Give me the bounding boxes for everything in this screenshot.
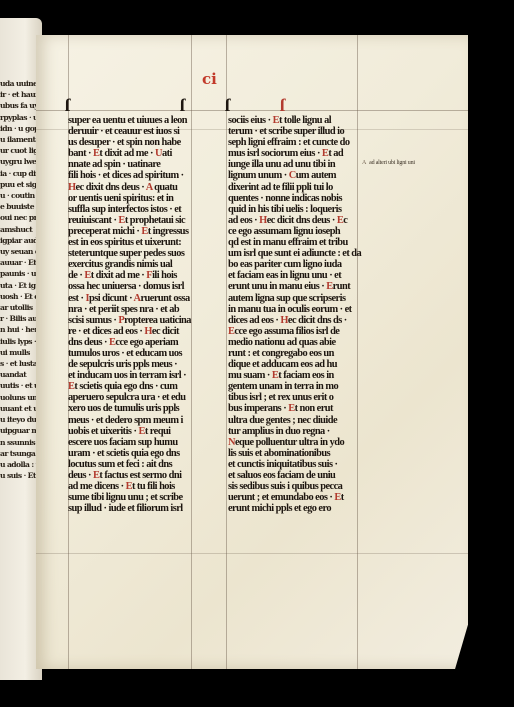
text-line: uram · et scietis quia ego dns (68, 448, 208, 459)
facing-text-line: s · et lusta (0, 358, 40, 369)
running-headline: ci (202, 70, 217, 88)
ascender-flourish: ſ (180, 95, 185, 116)
text-line: in manu tua in oculis eorum · et (228, 304, 364, 315)
ruling-line-top (36, 110, 468, 111)
text-line: deus · Et factus est sermo dni (68, 470, 208, 481)
text-line: bo eas pariter cum ligno iuda (228, 259, 364, 270)
text-line: tumulos uros · et educam uos (68, 348, 208, 359)
text-line: lignum unum · Cum autem (228, 170, 364, 181)
text-line: re · et dices ad eos · Hec dicit (68, 326, 208, 337)
facing-text-line: amshuct (0, 224, 40, 235)
text-line: bus imperans · Et non erut (228, 403, 364, 414)
text-line: uobis et uixeritis · Et requi (68, 426, 208, 437)
text-line: medio nationu ad quas abie (228, 337, 364, 348)
text-line: nra · et periit spes nra · et ab (68, 304, 208, 315)
text-line: qd est in manu effraim et tribu (228, 237, 364, 248)
text-line: deruuir · et ceauur est iuos si (68, 126, 208, 137)
facing-text-line: uutis · et u (0, 380, 40, 391)
facing-page-curl: uda uuinerir · et haunsubus fa uyrpyplas… (0, 18, 42, 680)
facing-text-line: auuar · Et (0, 257, 40, 268)
text-line: lis suis et abominationibus (228, 448, 364, 459)
facing-text-line: e buuiste (0, 201, 40, 212)
text-line: est in eos spiritus et uixerunt: (68, 237, 208, 248)
facing-text-line: iulis lyps · Et (0, 336, 40, 347)
facing-text-line: u iteyo dus (0, 414, 40, 425)
ascender-flourish: ſ (225, 95, 230, 116)
text-line: de · Et dixit ad me · Fili hois (68, 270, 208, 281)
facing-text-line: uygru lwes (0, 156, 40, 167)
text-line: Hec dixit dns deus · A quatu (68, 182, 208, 193)
text-line: seph ligni effraim : et cuncte do (228, 137, 364, 148)
facing-text-line: rpyplas · ur (0, 112, 40, 123)
facing-text-line: u · coutin (0, 190, 40, 201)
facing-text-line: n ssunnis (0, 437, 40, 448)
facing-text-line: n hui · her (0, 324, 40, 335)
facing-text-line: ar utollis (0, 302, 40, 313)
text-line: runt : et congregabo eos un (228, 348, 364, 359)
text-line: mu suam · Et faciam eos in (228, 370, 364, 381)
text-line: de sepulcris uris ppls meus · (68, 359, 208, 370)
facing-text-line: uy seuan cu (0, 246, 40, 257)
facing-text-line: uandat (0, 369, 40, 380)
text-line: ad eos · Hec dicit dns deus · Ec (228, 215, 364, 226)
facing-text-line: u adolla : u (0, 459, 40, 470)
facing-text-line: u ilamenta (0, 134, 40, 145)
text-line: et faciam eas in lignu unu · et (228, 270, 364, 281)
text-line: et saluos eos faciam de uniu (228, 470, 364, 481)
text-line: steteruntque super pedes suos (68, 248, 208, 259)
text-line: iunge illa unu ad unu tibi in (228, 159, 364, 170)
facing-text-line: ia · cup dix (0, 168, 40, 179)
text-line: scisi sumus · Propterea uaticina (68, 315, 208, 326)
facing-text-line: r · Bilis aud (0, 313, 40, 324)
text-line: locutus sum et feci : ait dns (68, 459, 208, 470)
text-line: erunt unu in manu eius · Erunt (228, 281, 364, 292)
text-line: super ea uentu et uiuues a leon (68, 115, 208, 126)
text-line: quid in his tibi uelis : loqueris (228, 204, 364, 215)
ascender-flourish: ſ (65, 95, 70, 116)
text-line: tur amplius in duo regna · (228, 426, 364, 437)
text-line: tibus isrl ; et rex unus erit o (228, 392, 364, 403)
text-line: quentes · nonne indicas nobis (228, 193, 364, 204)
text-line: dique et adducam eos ad hu (228, 359, 364, 370)
text-line: dixerint ad te filii ppli tui lo (228, 182, 364, 193)
text-line: dices ad eos · Hec dicit dns ds · (228, 315, 364, 326)
facing-text-line: uipguar mi (0, 425, 40, 436)
text-line: ultra due gentes ; nec diuide (228, 415, 364, 426)
text-line: us desuper · et spin non habe (68, 137, 208, 148)
facing-text-line: idn · u gopa (0, 123, 40, 134)
text-column-left: super ea uentu et uiuues a leonderuuir ·… (68, 115, 208, 514)
text-line: fili hois · et dices ad spiritum · (68, 170, 208, 181)
text-line: sup illud · iude et filiorum isrl (68, 503, 208, 514)
facing-text-line: puu et sig pr (0, 179, 40, 190)
text-line: mus isrl sociorum eius · Et ad (228, 148, 364, 159)
ascender-flourish-red: ſ (280, 95, 285, 116)
annotation-mark: A (362, 160, 366, 166)
text-line: bant · Et dixit ad me · Uati (68, 148, 208, 159)
text-line: sume tibi lignu unu ; et scribe (68, 492, 208, 503)
text-line: nnate ad spin · uatinare (68, 159, 208, 170)
annotation-text: ad alteri ubi ligni uni (369, 160, 415, 166)
text-line: terum · et scribe super illud io (228, 126, 364, 137)
text-line: sociis eius · Et tolle lignu al (228, 115, 364, 126)
text-line: escere uos faciam sup humu (68, 437, 208, 448)
ruling-line-right-outer (226, 35, 227, 669)
text-line: um isrl que sunt ei adiuncte : et da (228, 248, 364, 259)
text-line: Et scietis quia ego dns · cum (68, 381, 208, 392)
facing-text-line: paunis · uyal (0, 268, 40, 279)
text-line: gentem unam in terra in mo (228, 381, 364, 392)
facing-text-line: uoluns uns (0, 392, 40, 403)
text-line: ossa hec uniuersa · domus isrl (68, 281, 208, 292)
text-line: preceperat michi · Et ingressus (68, 226, 208, 237)
text-line: aperuero sepulcra ura · et edu (68, 392, 208, 403)
facing-text-line: oui nec pru (0, 212, 40, 223)
text-line: Ecce ego assuma filios isrl de (228, 326, 364, 337)
text-line: et cunctis iniquitatibus suis · (228, 459, 364, 470)
text-line: xero uos de tumulis uris ppls (68, 403, 208, 414)
facing-text-line: ur cuot lig (0, 145, 40, 156)
marginal-annotation: Aad alteri ubi ligni uni (362, 160, 415, 166)
facing-text-line: u suis · Et (0, 470, 40, 481)
facing-text-line: uuant et uu (0, 403, 40, 414)
facing-text-line: uta · Et ig (0, 280, 40, 291)
text-column-right: sociis eius · Et tolle lignu alterum · e… (228, 115, 364, 514)
facing-text-line: ar tsunga (0, 448, 40, 459)
text-line: meus · et dedero spm meum i (68, 415, 208, 426)
text-line: ce ego assumam lignu ioseph (228, 226, 364, 237)
text-line: et inducam uos in terram isrl · (68, 370, 208, 381)
facing-text-line: igpiar aud (0, 235, 40, 246)
text-line: autem ligna sup que scripseris (228, 293, 364, 304)
text-line: erunt michi ppls et ego ero (228, 503, 364, 514)
facing-text-line: uda uuiner (0, 78, 40, 89)
text-line: or uentis ueni spiritus: et in (68, 193, 208, 204)
text-line: uerunt ; et emundabo eos · Et (228, 492, 364, 503)
facing-text-line: ir · et hauns (0, 89, 40, 100)
text-line: est · Ipsi dicunt · Aruerunt ossa (68, 293, 208, 304)
facing-text-line: uosh · Et ep (0, 291, 40, 302)
facing-page-text-fragment: uda uuinerir · et haunsubus fa uyrpyplas… (0, 78, 40, 528)
text-line: sis sedibus suis i quibus pecca (228, 481, 364, 492)
facing-text-line: ui mulls (0, 347, 40, 358)
ruling-line-bottom (36, 553, 468, 554)
text-line: Neque polluentur ultra in ydo (228, 437, 364, 448)
text-line: reuiuiscant · Et prophetaui sic (68, 215, 208, 226)
text-line: exercitus grandis nimis ual (68, 259, 208, 270)
text-line: dns deus · Ecce ego aperiam (68, 337, 208, 348)
facing-text-line: ubus fa uy (0, 100, 40, 111)
text-line: suffla sup interfectos istos · et (68, 204, 208, 215)
text-line: ad me dicens · Et tu fili hois (68, 481, 208, 492)
